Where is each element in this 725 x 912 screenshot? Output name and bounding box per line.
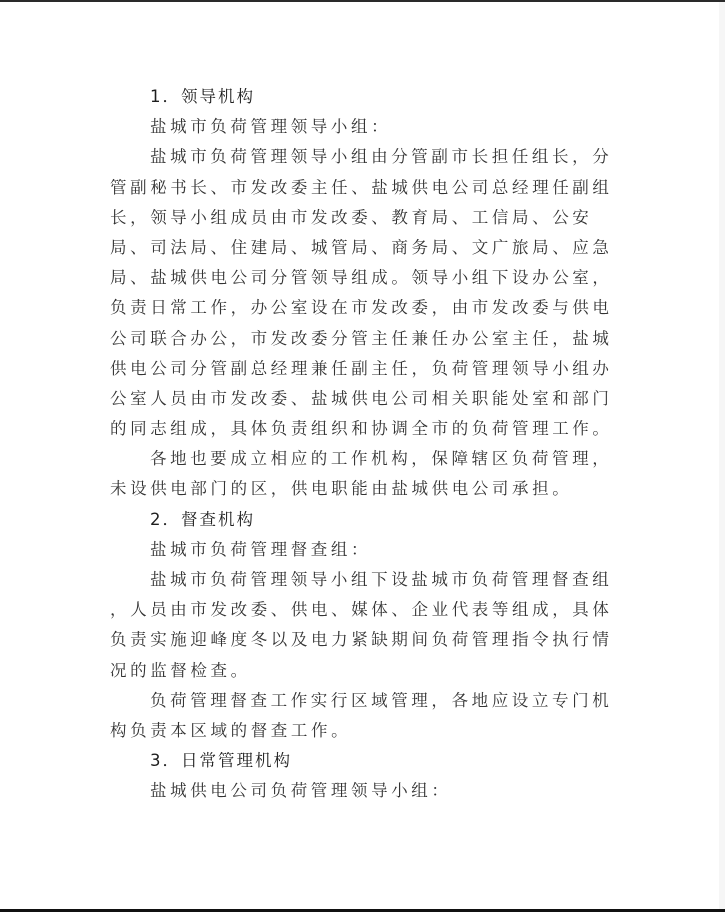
section-heading-supervision: 2．督查机构 [110,505,620,535]
paragraph-line: 负荷管理督查工作实行区域管理，各地应设立专门机 [110,686,620,716]
top-border [0,0,725,2]
paragraph-line: 局、盐城供电公司分管领导组成。领导小组下设办公室， [110,263,620,293]
paragraph-line: ，人员由市发改委、供电、媒体、企业代表等组成，具体 [110,595,620,625]
paragraph-line: 构负责本区域的督查工作。 [110,716,620,746]
paragraph-line: 盐城供电公司负荷管理领导小组： [110,776,620,806]
document-page: 1．领导机构 盐城市负荷管理领导小组： 盐城市负荷管理领导小组由分管副市长担任组… [110,82,620,807]
paragraph-line: 管副秘书长、市发改委主任、盐城供电公司总经理任副组 [110,173,620,203]
paragraph-line: 盐城市负荷管理督查组： [110,535,620,565]
paragraph-line: 的同志组成，具体负责组织和协调全市的负荷管理工作。 [110,414,620,444]
paragraph-line: 供电公司分管副总经理兼任副主任，负荷管理领导小组办 [110,354,620,384]
paragraph-line: 盐城市负荷管理领导小组： [110,112,620,142]
paragraph-line: 未设供电部门的区，供电职能由盐城供电公司承担。 [110,474,620,504]
paragraph-line: 公司联合办公，市发改委分管主任兼任办公室主任，盐城 [110,324,620,354]
paragraph-line: 负责实施迎峰度冬以及电力紧缺期间负荷管理指令执行情 [110,625,620,655]
section-heading-daily-management: 3．日常管理机构 [110,746,620,776]
paragraph-line: 盐城市负荷管理领导小组由分管副市长担任组长，分 [110,142,620,172]
paragraph-line: 盐城市负荷管理领导小组下设盐城市负荷管理督查组 [110,565,620,595]
paragraph-line: 长，领导小组成员由市发改委、教育局、工信局、公安 [110,203,620,233]
paragraph-line: 况的监督检查。 [110,656,620,686]
paragraph-line: 局、司法局、住建局、城管局、商务局、文广旅局、应急 [110,233,620,263]
paragraph-line: 负责日常工作，办公室设在市发改委，由市发改委与供电 [110,293,620,323]
paragraph-line: 各地也要成立相应的工作机构，保障辖区负荷管理， [110,444,620,474]
paragraph-line: 公室人员由市发改委、盐城供电公司相关职能处室和部门 [110,384,620,414]
page-edge-shadow [719,2,725,909]
section-heading-leadership: 1．领导机构 [110,82,620,112]
